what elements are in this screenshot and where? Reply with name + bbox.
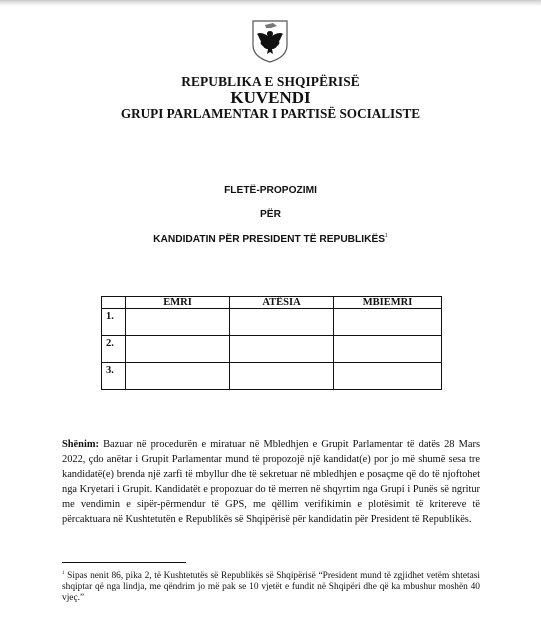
atesia-cell[interactable] [230,363,334,390]
table-header-row: EMRI ATËSIA MBIEMRI [102,297,442,309]
footnote-separator [62,562,186,563]
footnote-text: Sipas nenit 86, pika 2, të Kushtetutës s… [62,571,480,603]
header-kuvendi: KUVENDI [0,88,541,108]
mbiemri-cell[interactable] [334,309,442,336]
col-atesia-header: ATËSIA [230,297,334,309]
atesia-cell[interactable] [230,309,334,336]
form-subtitle-per: PËR [0,209,541,220]
header-group: GRUPI PARLAMENTAR I PARTISË SOCIALISTE [0,106,541,122]
note-paragraph: Shënim: Bazuar në procedurën e miratuar … [62,438,480,527]
footnote: 1 Sipas nenit 86, pika 2, të Kushtetutës… [62,568,480,604]
atesia-cell[interactable] [230,336,334,363]
table-row: 2. [102,336,442,363]
row-number: 1. [102,309,126,336]
row-number: 3. [102,363,126,390]
note-text: Bazuar në procedurën e miratuar në Mbled… [62,439,480,525]
form-title: FLETË-PROPOZIMI [0,185,541,196]
footnote-ref[interactable]: 1 [385,233,388,239]
table-row: 1. [102,309,442,336]
albania-coat-of-arms-icon [251,19,289,63]
note-label: Shënim: [62,439,99,450]
mbiemri-cell[interactable] [334,336,442,363]
mbiemri-cell[interactable] [334,363,442,390]
viewer-top-edge [0,0,541,7]
table-row: 3. [102,363,442,390]
candidate-title-text: KANDIDATIN PËR PRESIDENT TË REPUBLIKËS [153,234,385,245]
col-emri-header: EMRI [126,297,230,309]
col-number-header [102,297,126,309]
col-mbiemri-header: MBIEMRI [334,297,442,309]
candidates-table: EMRI ATËSIA MBIEMRI 1. 2. 3. [101,296,442,390]
emri-cell[interactable] [126,363,230,390]
row-number: 2. [102,336,126,363]
emri-cell[interactable] [126,336,230,363]
emri-cell[interactable] [126,309,230,336]
form-subtitle-candidate: KANDIDATIN PËR PRESIDENT TË REPUBLIKËS1 [0,233,541,245]
